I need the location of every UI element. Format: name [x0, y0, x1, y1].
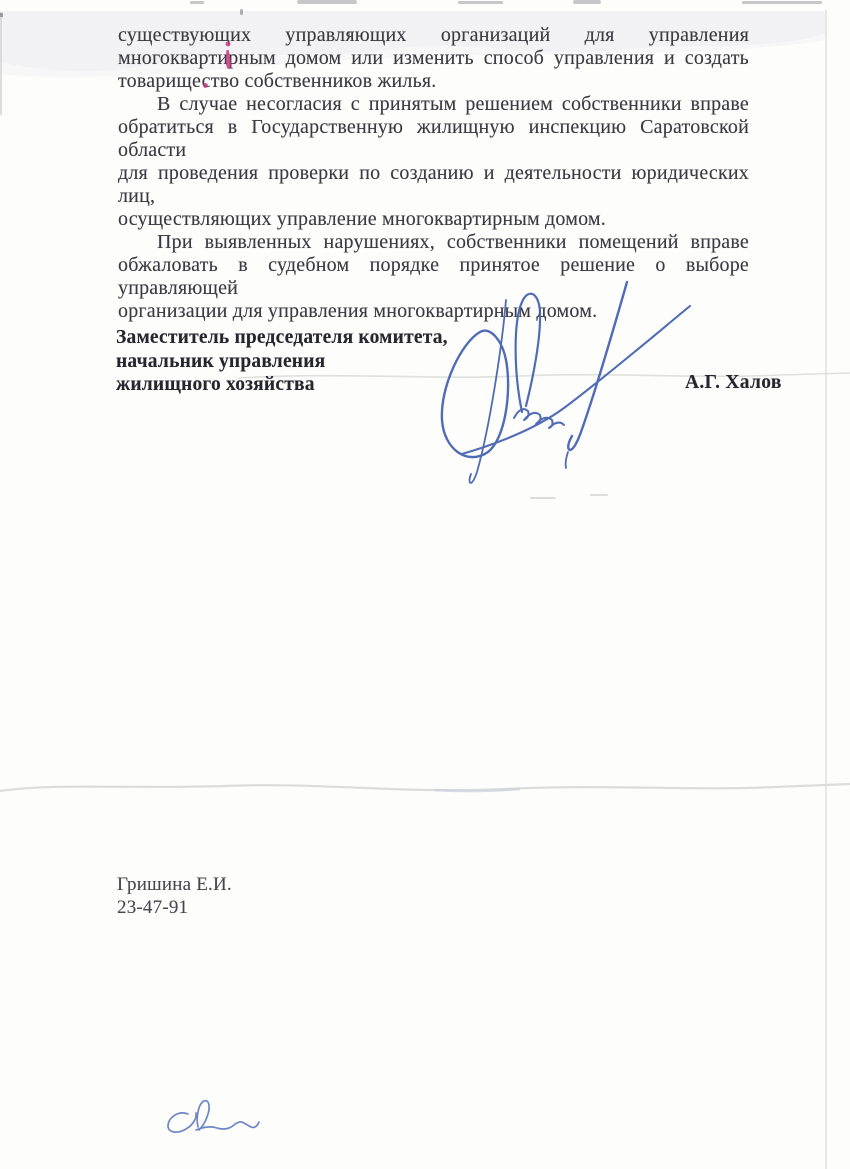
body-line: При выявленных нарушениях, собственники …	[118, 231, 749, 254]
body-line: товарищество собственников жилья.	[118, 70, 749, 93]
paper-crease-middle	[0, 784, 850, 791]
signoff-title-line: Заместитель председателя комитета,	[116, 326, 448, 350]
executor-phone: 23-47-91	[117, 897, 232, 920]
body-line: многоквартирным домом или изменить спосо…	[118, 47, 749, 70]
body-line: обжаловать в судебном порядке принятое р…	[118, 254, 749, 300]
executor-name: Гришина Е.И.	[117, 874, 232, 897]
executor-block: Гришина Е.И. 23-47-91	[117, 874, 232, 919]
body-line: В случае несогласия с принятым решением …	[118, 93, 749, 116]
body-line: для проведения проверки по созданию и де…	[118, 162, 749, 208]
scanned-page: существующих управляющих организаций для…	[0, 0, 850, 1169]
signer-name: А.Г. Халов	[685, 372, 782, 394]
signoff-title-line: начальник управления	[116, 350, 448, 374]
body-line: существующих управляющих организаций для…	[118, 24, 749, 47]
handwritten-initials-icon	[158, 1094, 268, 1149]
signoff-title-block: Заместитель председателя комитета, начал…	[116, 326, 448, 397]
body-line: осуществляющих управление многоквартирны…	[118, 208, 749, 231]
paper-crease-middle-tint	[435, 789, 520, 791]
top-edge-dashes	[190, 0, 822, 4]
scan-speck-left	[0, 13, 3, 17]
body-line: организации для управления многоквартирн…	[118, 300, 749, 323]
body-line: обратиться в Государственную жилищную ин…	[118, 116, 749, 162]
letter-body: существующих управляющих организаций для…	[118, 24, 749, 323]
signoff-title-line: жилищного хозяйства	[116, 373, 448, 397]
